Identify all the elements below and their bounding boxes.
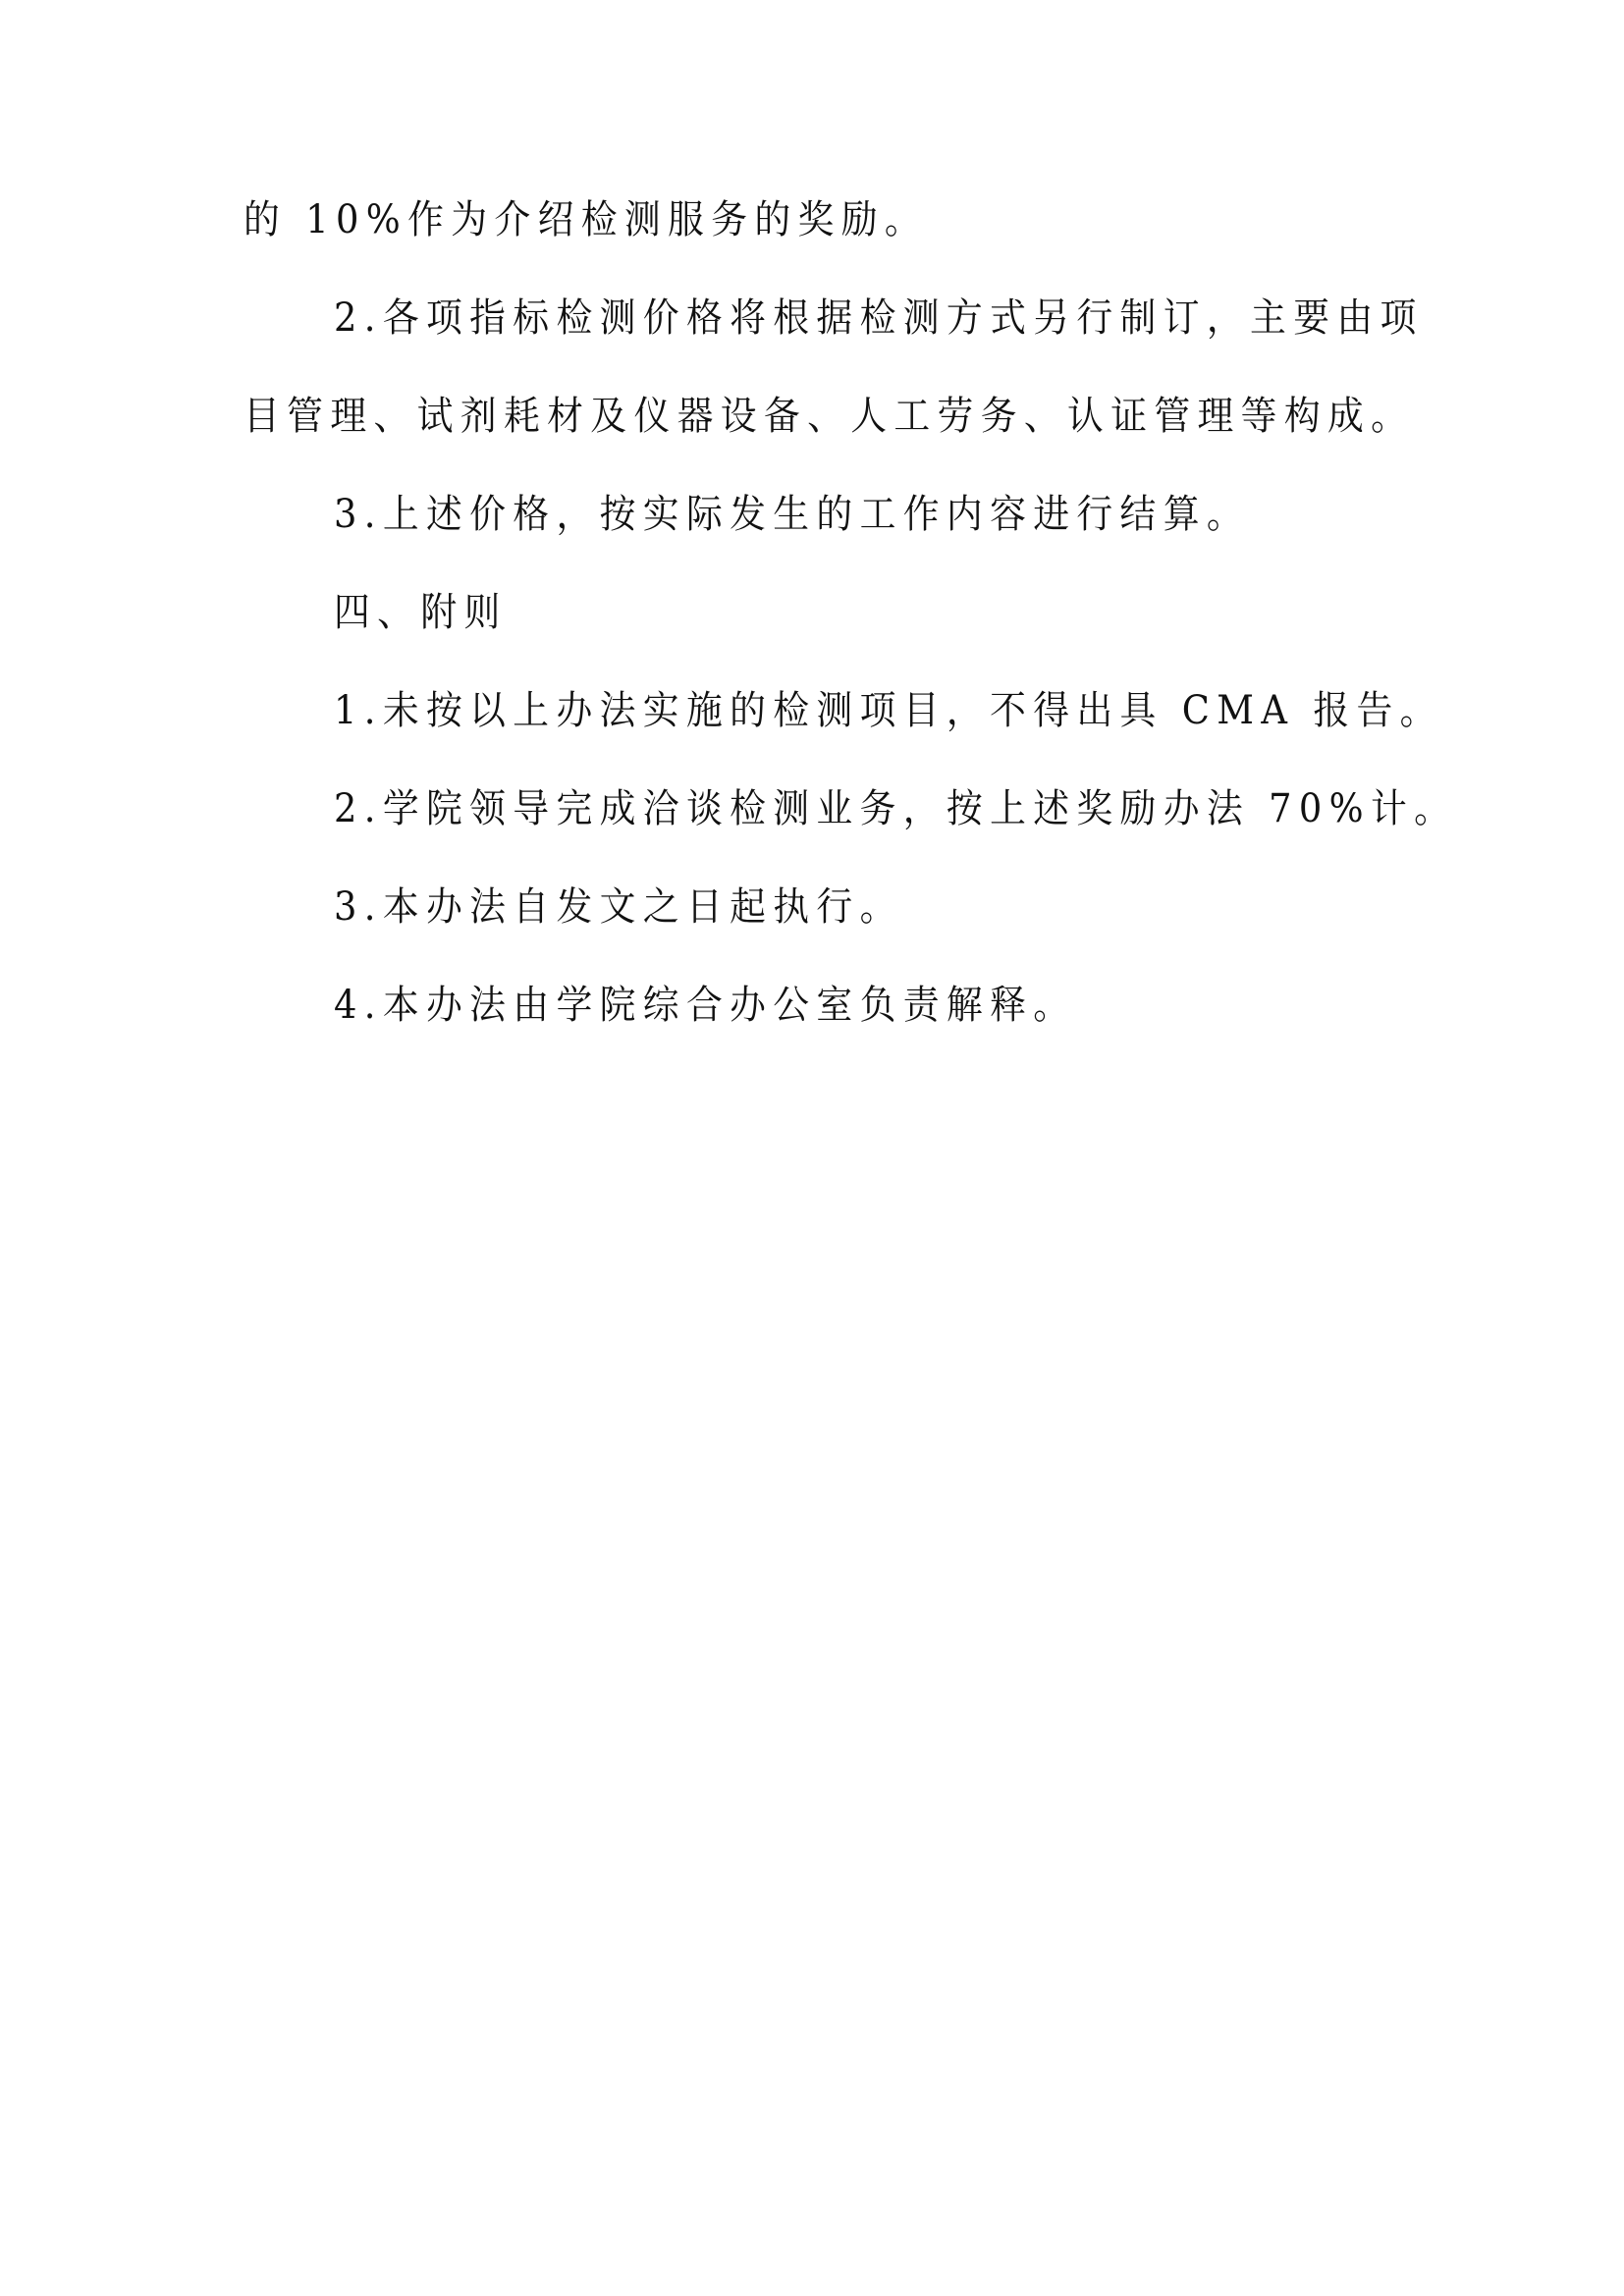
paragraph-line-pricing-item-2: 2.各项指标检测价格将根据检测方式另行制订，主要由项 bbox=[334, 294, 1424, 342]
section-heading-appendix: 四、附则 bbox=[334, 589, 508, 636]
paragraph-line-pricing-item-3: 3.上述价格，按实际发生的工作内容进行结算。 bbox=[334, 491, 1250, 538]
paragraph-line-appendix-item-3: 3.本办法自发文之日起执行。 bbox=[334, 883, 903, 931]
document-page: 的 10%作为介绍检测服务的奖励。 2.各项指标检测价格将根据检测方式另行制订，… bbox=[0, 0, 1624, 2296]
paragraph-line-reward-continuation: 的 10%作为介绍检测服务的奖励。 bbox=[244, 196, 928, 243]
paragraph-line-appendix-item-2: 2.学院领导完成洽谈检测业务，按上述奖励办法 70%计。 bbox=[334, 785, 1457, 832]
paragraph-line-appendix-item-4: 4.本办法由学院综合办公室负责解释。 bbox=[334, 982, 1076, 1029]
paragraph-line-pricing-item-2-cont: 目管理、试剂耗材及仪器设备、人工劳务、认证管理等构成。 bbox=[244, 393, 1414, 440]
paragraph-line-appendix-item-1: 1.未按以上办法实施的检测项目，不得出具 CMA 报告。 bbox=[334, 687, 1443, 734]
